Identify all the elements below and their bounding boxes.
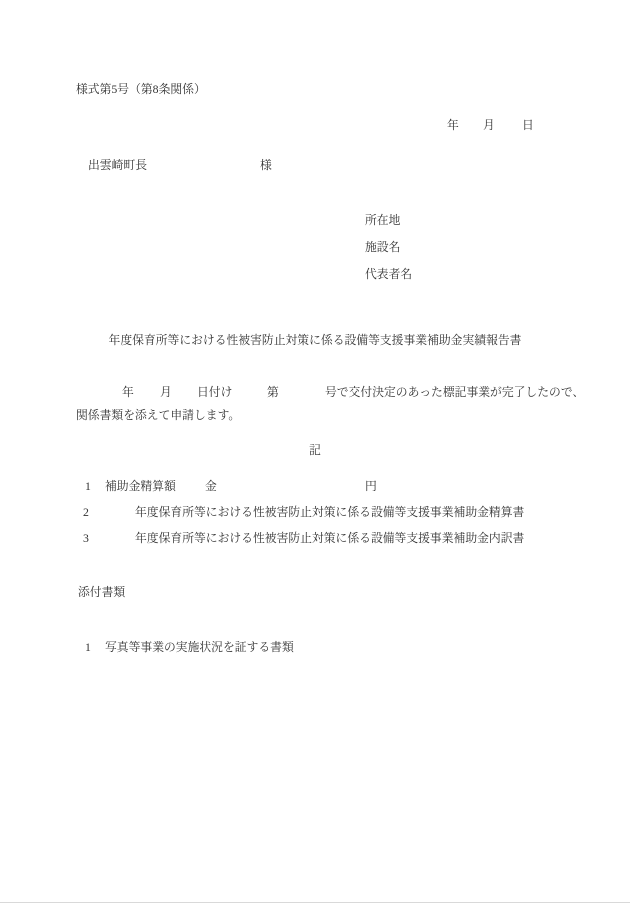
form-number-label: 様式第5号（第8条関係） [76, 81, 206, 97]
date-month-label: 月 [483, 117, 495, 133]
attachment-1-number: 1 [85, 639, 91, 655]
attachment-1-text: 写真等事業の実施状況を証する書類 [105, 639, 294, 655]
request-year-label: 年 [122, 384, 134, 400]
item-1-number: 1 [85, 478, 91, 494]
document-title: 年度保育所等における性被害防止対策に係る設備等支援事業補助金実績報告書 [0, 332, 630, 348]
sender-address-label: 所在地 [365, 212, 400, 228]
item-1-label: 補助金精算額 [105, 478, 176, 494]
request-day-label: 日付け [197, 384, 232, 400]
attachments-heading: 添付書類 [78, 584, 125, 600]
addressee-name: 出雲崎町長 [88, 157, 147, 173]
request-number-prefix: 第 [267, 384, 279, 400]
sender-facility-label: 施設名 [365, 239, 400, 255]
date-day-label: 日 [522, 117, 534, 133]
item-1-amount-prefix: 金 [205, 478, 217, 494]
request-line1-text: 号で交付決定のあった標記事業が完了したので、 [325, 384, 584, 400]
document-page: 様式第5号（第8条関係） 年 月 日 出雲崎町長 様 所在地 施設名 代表者名 … [0, 0, 630, 903]
ki-heading: 記 [0, 442, 630, 458]
request-month-label: 月 [160, 384, 172, 400]
date-year-label: 年 [447, 117, 459, 133]
item-3-number: 3 [83, 530, 89, 546]
item-2-number: 2 [83, 504, 89, 520]
request-line2-text: 関係書類を添えて申請します。 [76, 407, 240, 423]
sender-representative-label: 代表者名 [365, 266, 412, 282]
item-1-amount-suffix: 円 [365, 478, 377, 494]
addressee-honorific: 様 [260, 157, 272, 173]
item-3-text: 年度保育所等における性被害防止対策に係る設備等支援事業補助金内訳書 [135, 530, 524, 546]
item-2-text: 年度保育所等における性被害防止対策に係る設備等支援事業補助金精算書 [135, 504, 524, 520]
